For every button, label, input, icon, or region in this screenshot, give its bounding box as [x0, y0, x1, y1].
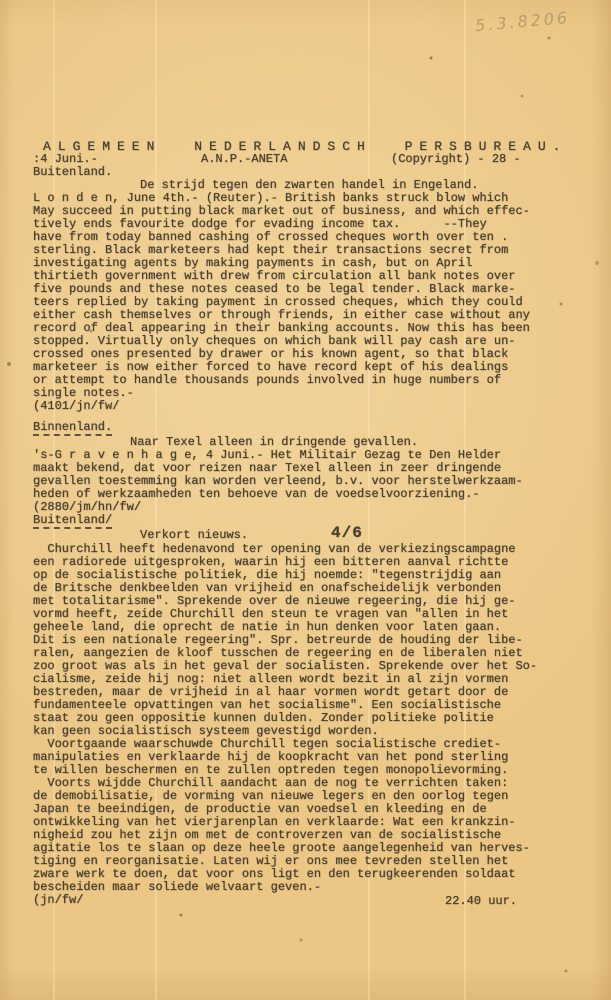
article-signoff-black-market: (4101/jn/fw/	[33, 400, 589, 413]
time-stamp: 22.40 uur.	[445, 895, 517, 908]
masthead-row: :4 Juni.- A.N.P.-ANETA (Copyright) - 28 …	[33, 153, 589, 166]
section-label-binnenland: Binnenland.	[33, 421, 112, 436]
section-binnenland: Binnenland.	[33, 421, 589, 436]
pencil-annotation: 5.3.8206	[474, 8, 571, 35]
document-content: ALGEMEEN NEDERLANDSCH PERSBUREAU. :4 Jun…	[33, 140, 589, 907]
brief-news-headline: Verkort nieuws.	[140, 529, 248, 542]
paper-specks	[0, 0, 2, 2]
copyright-issue-number: (Copyright) - 28 -	[391, 153, 521, 166]
article-signoff-churchill: (jn/fw/	[33, 893, 83, 907]
article-body-black-market: L o n d e n, June 4th.- (Reuter).- Briti…	[33, 192, 589, 400]
section-buitenland: Buitenland/	[33, 514, 589, 529]
article-body-texel: 's-G r a v e n h a g e, 4 Juni.- Het Mil…	[33, 449, 589, 501]
article-signoff-texel: (2880/jm/hn/fw/	[33, 501, 589, 514]
scanned-press-bulletin: 5.3.8206 ALGEMEEN NEDERLANDSCH PERSBUREA…	[0, 0, 611, 1000]
wire-service-name: A.N.P.-ANETA	[201, 153, 287, 166]
issue-date: :4 Juni.-	[33, 153, 98, 166]
article-body-churchill: Churchill heeft hedenavond ter opening v…	[33, 543, 589, 894]
section-label-buitenland: Buitenland/	[33, 514, 112, 529]
brief-news-date-mark: 4/6	[331, 527, 363, 540]
article-signoff-row-churchill: (jn/fw/ 22.40 uur.	[33, 894, 589, 907]
brief-news-row: Verkort nieuws. 4/6	[33, 529, 589, 543]
